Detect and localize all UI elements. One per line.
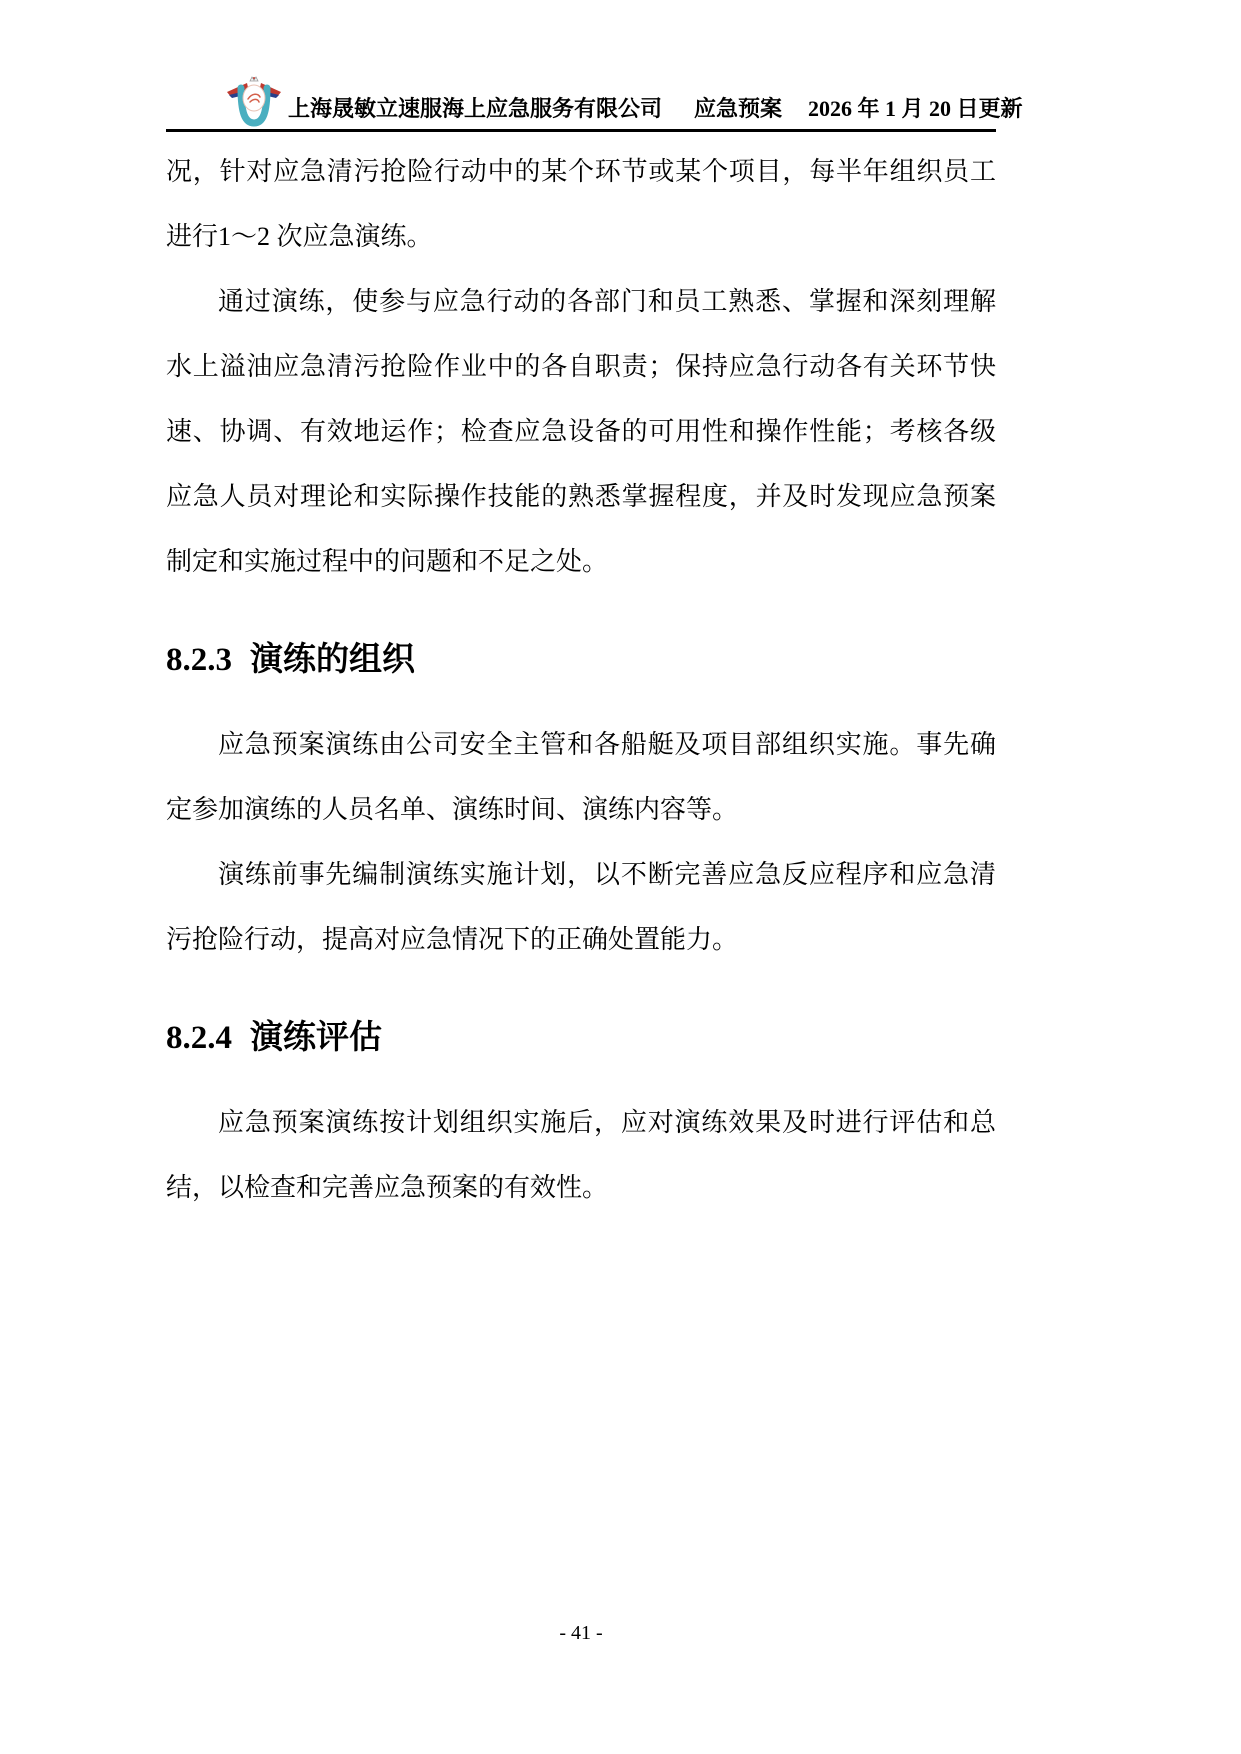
header-company-name: 上海晟敏立速服海上应急服务有限公司: [288, 92, 662, 123]
section-heading-8-2-3: 8.2.3演练的组织: [166, 638, 996, 682]
paragraph: 应急预案演练由公司安全主管和各船艇及项目部组织实施。事先确定参加演练的人员名单、…: [166, 712, 996, 842]
section-number: 8.2.4: [166, 1020, 232, 1056]
section-number: 8.2.3: [166, 642, 232, 678]
paragraph: 通过演练，使参与应急行动的各部门和员工熟悉、掌握和深刻理解水上溢油应急清污抢险作…: [166, 269, 996, 594]
paragraph: 应急预案演练按计划组织实施后，应对演练效果及时进行评估和总结，以检查和完善应急预…: [166, 1090, 996, 1220]
page-header: 上海晟敏立速服海上应急服务有限公司 应急预案 2026 年 1 月 20 日更新: [166, 0, 996, 132]
header-updated-date: 2026 年 1 月 20 日更新: [808, 92, 1023, 123]
document-body: 况，针对应急清污抢险行动中的某个环节或某个项目，每半年组织员工进行1～2 次应急…: [166, 132, 996, 1220]
paragraph-continuation: 况，针对应急清污抢险行动中的某个环节或某个项目，每半年组织员工进行1～2 次应急…: [166, 139, 996, 269]
section-heading-8-2-4: 8.2.4演练评估: [166, 1016, 996, 1060]
paragraph: 演练前事先编制演练实施计划，以不断完善应急反应程序和应急清污抢险行动，提高对应急…: [166, 842, 996, 972]
section-title: 演练评估: [250, 1020, 382, 1056]
document-page: 上海晟敏立速服海上应急服务有限公司 应急预案 2026 年 1 月 20 日更新…: [0, 0, 1241, 1754]
header-doc-type: 应急预案: [694, 92, 782, 123]
page-number: - 41 -: [166, 1622, 996, 1645]
company-logo-icon: [226, 75, 282, 127]
section-title: 演练的组织: [250, 642, 415, 678]
